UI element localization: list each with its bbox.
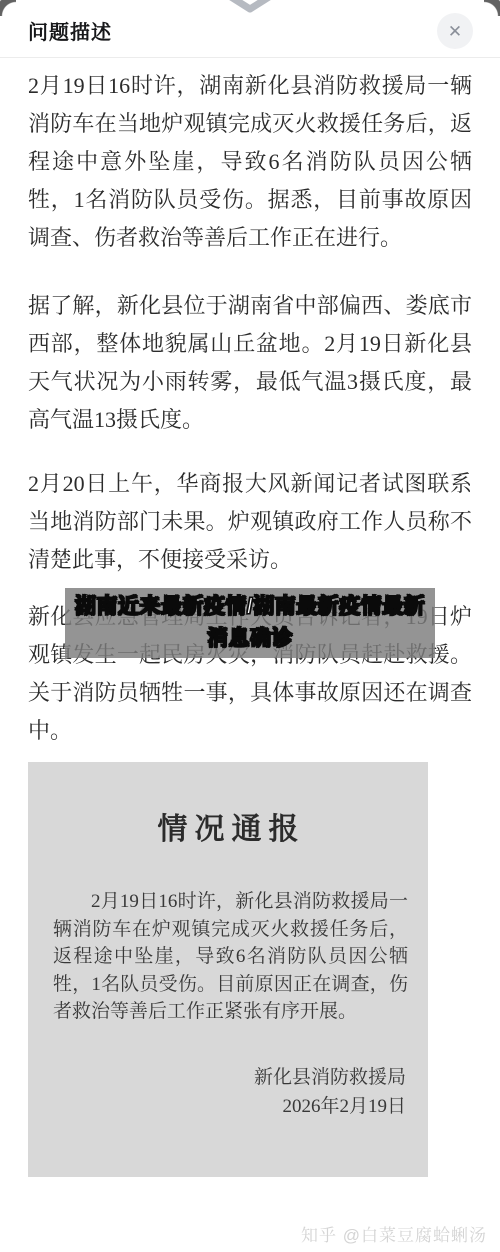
zhihu-watermark: 知乎 @白菜豆腐蛤蜊汤 [301, 1221, 487, 1246]
signature-date: 2026年2月19日 [254, 1093, 406, 1122]
collapse-chevron-icon[interactable] [227, 0, 273, 21]
close-icon: ✕ [448, 23, 462, 40]
situation-report-title: 情况通报 [28, 804, 428, 848]
sheet-corner-shadow-left [0, 0, 16, 16]
article-paragraph: 2月19日16时许，湖南新化县消防救援局一辆消防车在当地炉观镇完成灭火救援任务后… [28, 67, 472, 257]
seo-caption-overlay: 湖南近来最新疫情/湖南最新疫情最新消息确诊 [65, 588, 435, 658]
signature-org: 新化县消防救援局 [254, 1064, 406, 1093]
page-title: 问题描述 [28, 16, 112, 45]
seo-caption-text: 湖南近来最新疫情/湖南最新疫情最新消息确诊 [71, 591, 429, 655]
problem-description-sheet-screen: 问题描述 ✕ 2月19日16时许，湖南新化县消防救援局一辆消防车在当地炉观镇完成… [0, 0, 500, 1252]
sheet-corner-shadow-right [484, 0, 500, 16]
close-button[interactable]: ✕ [437, 13, 473, 49]
situation-report-card: 情况通报 2月19日16时许，新化县消防救援局一辆消防车在炉观镇完成灭火救援任务… [28, 762, 428, 1177]
situation-report-body: 2月19日16时许，新化县消防救援局一辆消防车在炉观镇完成灭火救援任务后，返程途… [53, 888, 408, 1026]
article-paragraph: 2月20日上午，华商报大风新闻记者试图联系当地消防部门未果。炉观镇政府工作人员称… [28, 465, 472, 579]
article-paragraph: 据了解，新化县位于湖南省中部偏西、娄底市西部，整体地貌属山丘盆地。2月19日新化… [28, 287, 472, 439]
situation-report-signature: 新化县消防救援局 2026年2月19日 [254, 1064, 406, 1121]
